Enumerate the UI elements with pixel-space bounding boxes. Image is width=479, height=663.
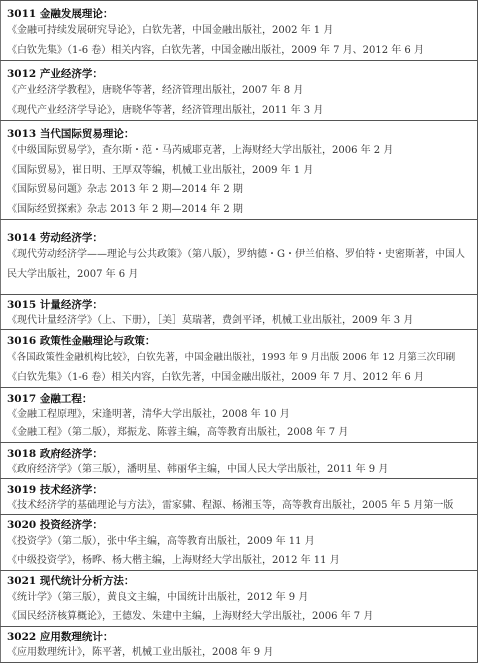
reference-item: 《国民经济核算概论》，王德发、朱建中主编，上海财经大学出版社，2006 年 7 … bbox=[7, 607, 477, 626]
section-row-3011: 3011 金融发展理论： 《金融可持续发展研究导论》，白钦先著，中国金融出版社，… bbox=[1, 1, 478, 61]
section-cell: 3018 政府经济学： 《政府经济学》（第三版），潘明星、韩丽华主编，中国人民大… bbox=[1, 443, 478, 479]
section-cell: 3019 技术经济学： 《技术经济学的基础理论与方法》，雷家骕、程源、杨湘玉等，… bbox=[1, 479, 478, 515]
section-title: 3021 现代统计分析方法： bbox=[7, 571, 477, 588]
reference-item: 《产业经济学教程》，唐晓华等著，经济管理出版社，2007 年 8 月 bbox=[7, 81, 477, 101]
reference-item: 《中级投资学》，杨晔、杨大楷主编，上海财经大学出版社，2012 年 11 月 bbox=[7, 551, 477, 570]
section-row-3022: 3022 应用数理统计： 《应用数理统计》，陈平著，机械工业出版社，2008 年… bbox=[1, 627, 478, 657]
reference-item: 《现代劳动经济学——理论与公共政策》（第八版），罗纳德・G・伊兰伯格、罗伯特・史… bbox=[7, 245, 477, 284]
section-title: 3020 投资经济学： bbox=[7, 515, 477, 532]
section-cell: 3016 政策性金融理论与政策： 《各国政策性金融机构比较》，白钦先著，中国金融… bbox=[1, 330, 478, 388]
section-cell: 3021 现代统计分析方法： 《统计学》（第三版），黄良文主编，中国统计出版社，… bbox=[1, 571, 478, 627]
section-title: 3019 技术经济学： bbox=[7, 479, 477, 497]
section-title: 3022 应用数理统计： bbox=[7, 627, 477, 644]
section-title: 3013 当代国际贸易理论： bbox=[7, 121, 477, 141]
section-row-3014: 3014 劳动经济学： 《现代劳动经济学——理论与公共政策》（第八版），罗纳德・… bbox=[1, 220, 478, 295]
reference-item: 《国际贸易问题》杂志 2013 年 2 期—2014 年 2 期 bbox=[7, 180, 477, 200]
section-row-3018: 3018 政府经济学： 《政府经济学》（第三版），潘明星、韩丽华主编，中国人民大… bbox=[1, 443, 478, 479]
reference-item: 《统计学》（第三版），黄良文主编，中国统计出版社，2012 年 9 月 bbox=[7, 588, 477, 607]
reference-item: 《白钦先集》（1-6 卷）相关内容，白钦先著，中国金融出版社，2009 年 7 … bbox=[7, 41, 477, 61]
section-title: 3015 计量经济学： bbox=[7, 295, 477, 312]
reference-item: 《现代产业经济学导论》，唐晓华等著，经济管理出版社，2011 年 3 月 bbox=[7, 101, 477, 121]
section-cell: 3012 产业经济学： 《产业经济学教程》，唐晓华等著，经济管理出版社，2007… bbox=[1, 61, 478, 121]
reference-item: 《国际经贸探索》杂志 2013 年 2 期—2014 年 2 期 bbox=[7, 200, 477, 220]
section-title: 3018 政府经济学： bbox=[7, 443, 477, 461]
reference-item: 《金融可持续发展研究导论》，白钦先著，中国金融出版社，2002 年 1 月 bbox=[7, 21, 477, 41]
reference-item: 《各国政策性金融机构比较》，白钦先著，中国金融出版社，1993 年 9 月出版 … bbox=[7, 348, 477, 368]
reference-item: 《技术经济学的基础理论与方法》，雷家骕、程源、杨湘玉等，高等教育出版社，2005… bbox=[7, 497, 477, 514]
section-row-3013: 3013 当代国际贸易理论： 《中级国际贸易学》，查尔斯・范・马芮威耶克著，上海… bbox=[1, 121, 478, 220]
section-row-3019: 3019 技术经济学： 《技术经济学的基础理论与方法》，雷家骕、程源、杨湘玉等，… bbox=[1, 479, 478, 515]
reference-item: 《应用数理统计》，陈平著，机械工业出版社，2008 年 9 月 bbox=[7, 644, 477, 656]
reference-table: 3011 金融发展理论： 《金融可持续发展研究导论》，白钦先著，中国金融出版社，… bbox=[0, 0, 478, 656]
reference-item: 《投资学》（第二版），张中华主编，高等教育出版社，2009 年 11 月 bbox=[7, 532, 477, 551]
section-cell: 3015 计量经济学： 《现代计量经济学》（上、下册），［美］莫瑞著，费剑平译，… bbox=[1, 295, 478, 330]
section-cell: 3011 金融发展理论： 《金融可持续发展研究导论》，白钦先著，中国金融出版社，… bbox=[1, 1, 478, 61]
section-title: 3017 金融工程： bbox=[7, 388, 477, 406]
reference-item: 《国际贸易》，崔日明、王厚双等编，机械工业出版社，2009 年 1 月 bbox=[7, 161, 477, 181]
reference-item: 《金融工程》（第二版），郑振龙、陈蓉主编，高等教育出版社，2008 年 7 月 bbox=[7, 424, 477, 442]
section-row-3016: 3016 政策性金融理论与政策： 《各国政策性金融机构比较》，白钦先著，中国金融… bbox=[1, 330, 478, 388]
section-cell: 3017 金融工程： 《金融工程原理》，宋逢明著，清华大学出版社，2008 年 … bbox=[1, 388, 478, 443]
section-row-3012: 3012 产业经济学： 《产业经济学教程》，唐晓华等著，经济管理出版社，2007… bbox=[1, 61, 478, 121]
section-cell: 3022 应用数理统计： 《应用数理统计》，陈平著，机械工业出版社，2008 年… bbox=[1, 627, 478, 657]
reference-item: 《现代计量经济学》（上、下册），［美］莫瑞著，费剑平译，机械工业出版社，2009… bbox=[7, 312, 477, 329]
section-cell: 3013 当代国际贸易理论： 《中级国际贸易学》，查尔斯・范・马芮威耶克著，上海… bbox=[1, 121, 478, 220]
section-cell: 3020 投资经济学： 《投资学》（第二版），张中华主编，高等教育出版社，200… bbox=[1, 515, 478, 571]
section-title: 3012 产业经济学： bbox=[7, 61, 477, 81]
section-row-3015: 3015 计量经济学： 《现代计量经济学》（上、下册），［美］莫瑞著，费剑平译，… bbox=[1, 295, 478, 330]
reference-item: 《政府经济学》（第三版），潘明星、韩丽华主编，中国人民大学出版社，2011 年 … bbox=[7, 461, 477, 478]
reference-item: 《白钦先集》（1-6 卷）相关内容，白钦先著，中国金融出版社，2009 年 7 … bbox=[7, 368, 477, 388]
section-title: 3016 政策性金融理论与政策： bbox=[7, 330, 477, 348]
section-row-3017: 3017 金融工程： 《金融工程原理》，宋逢明著，清华大学出版社，2008 年 … bbox=[1, 388, 478, 443]
section-row-3020: 3020 投资经济学： 《投资学》（第二版），张中华主编，高等教育出版社，200… bbox=[1, 515, 478, 571]
section-row-3021: 3021 现代统计分析方法： 《统计学》（第三版），黄良文主编，中国统计出版社，… bbox=[1, 571, 478, 627]
section-title: 3011 金融发展理论： bbox=[7, 1, 477, 21]
reference-item: 《金融工程原理》，宋逢明著，清华大学出版社，2008 年 10 月 bbox=[7, 406, 477, 424]
reference-item: 《中级国际贸易学》，查尔斯・范・马芮威耶克著，上海财经大学出版社，2006 年 … bbox=[7, 141, 477, 161]
section-cell: 3014 劳动经济学： 《现代劳动经济学——理论与公共政策》（第八版），罗纳德・… bbox=[1, 220, 478, 295]
section-title: 3014 劳动经济学： bbox=[7, 220, 477, 245]
